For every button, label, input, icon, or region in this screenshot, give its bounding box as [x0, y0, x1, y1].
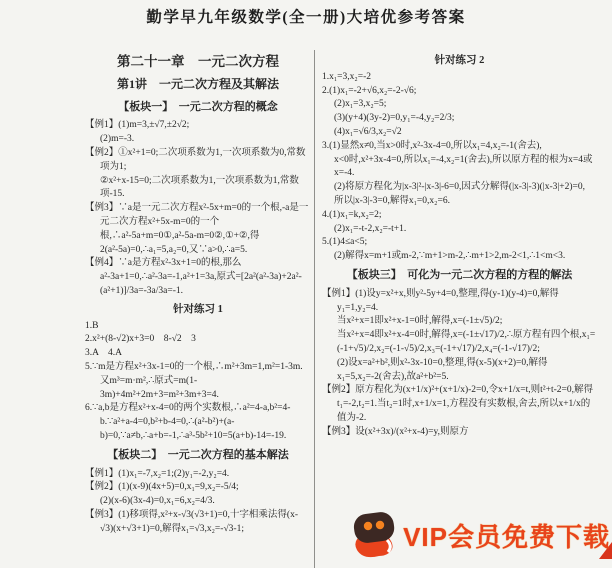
left-column: 第二十一章 一元二次方程 第1讲 一元二次方程及其解法 【板块一】 一元二次方程…: [85, 50, 311, 568]
answer-line: ②x²+x-15=0;二次项系数为1,一次项系数为1,常数项-15.: [85, 175, 311, 203]
mascot-icon: [349, 510, 401, 566]
answer-line: (3)(y+4)(3y-2)=0,y₁=-4,y₂=2/3;: [334, 112, 597, 126]
block2-heading: 【板块二】 一元二次方程的基本解法: [85, 449, 311, 463]
answer-line: (4)x₁=√6/3,x₂=√2: [334, 126, 597, 140]
answer-line: 【例2】①x²+1=0;二次项系数为1,一次项系数为0,常数项为1;: [85, 147, 311, 175]
answer-line: (2)m=-3.: [85, 133, 311, 147]
answer-line: x<0时,x²+3x-4=0,所以x₁=-4,x₂=1(舍去),所以原方程的根为…: [322, 154, 597, 182]
block1-heading: 【板块一】 一元二次方程的概念: [85, 101, 311, 115]
vip-download-badge[interactable]: VIP会员免费下载: [349, 510, 610, 566]
answer-line: 6.∵a,b是方程x²+x-4=0的两个实数根,∴a²=4-a,b²=4-b.∵…: [85, 402, 311, 443]
answer-line: (2)设x=a²+b²,则x²-3x-10=0,整理,得(x-5)(x+2)=0…: [322, 357, 597, 385]
answer-line: 1.x₁=3,x₂=-2: [322, 71, 597, 85]
practice1-heading: 针对练习 1: [85, 303, 311, 317]
answer-line: 2.(1)x₁=-2+√6,x₂=-2-√6;: [322, 85, 597, 99]
answer-line: 【例3】∵a是一元二次方程x²-5x+m=0的一个根,-a是一元二次方程x²+5…: [85, 202, 311, 257]
answer-line: 5.∵m是方程x²+3x-1=0的一个根,∴m²+3m=1,m²=1-3m.又m…: [85, 361, 311, 402]
two-column-layout: 第二十一章 一元二次方程 第1讲 一元二次方程及其解法 【板块一】 一元二次方程…: [0, 50, 612, 568]
practice2-heading: 针对练习 2: [322, 54, 597, 68]
answer-line: 【例4】∵a是方程x²-3x+1=0的根,那么a²-3a+1=0,∴a²-3a=…: [85, 257, 311, 298]
answer-line: 2.x²+(8-√2)x+3=0 8-√2 3: [85, 333, 311, 347]
lecture-heading: 第1讲 一元二次方程及其解法: [85, 78, 311, 92]
right-column: 针对练习 2 1.x₁=3,x₂=-2 2.(1)x₁=-2+√6,x₂=-2-…: [315, 50, 612, 568]
answer-line: 所以|x-3|-3=0,解得x₁=0,x₂=6.: [322, 195, 597, 209]
chapter-heading: 第二十一章 一元二次方程: [85, 55, 311, 69]
answer-line: (2)解得x=m+1或m-2,∵m+1>m-2,∴m+1>2,m-2<1,∴1<…: [334, 250, 597, 264]
answer-line: 3.(1)显然x≠0,当x>0时,x²-3x-4=0,所以x₁=4,x₂=-1(…: [322, 140, 597, 154]
answer-line: 【例3】(1)移项得,x²+x-√3(√3+1)=0,十字相乘法得(x-√3)(…: [85, 509, 311, 537]
answer-line: 3.A 4.A: [85, 347, 311, 361]
answer-line: (2)将原方程化为|x-3|²-|x-3|-6=0,因式分解得(|x-3|-3)…: [334, 181, 597, 195]
document-page: 勤学早九年级数学(全一册)大培优参考答案 第二十一章 一元二次方程 第1讲 一元…: [0, 0, 612, 568]
answer-line: 【例1】(1)m=3,±√7,±2√2;: [85, 119, 311, 133]
answer-line: 【例2】原方程化为(x+1/x)²+(x+1/x)-2=0,令x+1/x=t,则…: [322, 384, 597, 425]
answer-line: 4.(1)x₁=k,x₂=2;: [322, 209, 597, 223]
answer-line: (2)x₁=3,x₂=5;: [334, 98, 597, 112]
answer-line: 【例1】(1)x₁=-7,x₂=1;(2)y₁=-2,y₂=4.: [85, 468, 311, 482]
page-title: 勤学早九年级数学(全一册)大培优参考答案: [0, 11, 612, 25]
block3-heading: 【板块三】 可化为一元二次方程的方程的解法: [322, 269, 597, 283]
answer-line: 5.(1)4≤a<5;: [322, 236, 597, 250]
answer-line: 【例1】(1)设y=x²+x,则y²-5y+4=0,整理,得(y-1)(y-4)…: [322, 288, 597, 316]
answer-line: 当x²+x=4即x²+x-4=0时,解得,x=(-1±√17)/2,∴原方程有四…: [322, 329, 597, 357]
vip-badge-label: VIP会员免费下载: [403, 531, 610, 545]
answer-line: 当x²+x=1即x²+x-1=0时,解得,x=(-1±√5)/2;: [322, 315, 597, 329]
answer-line: 1.B: [85, 320, 311, 334]
answer-line: (2)(x-6)(3x-4)=0,x₁=6,x₂=4/3.: [85, 495, 311, 509]
answer-line: 【例3】设(x²+3x)/(x²+x-4)=y,则原方: [322, 426, 597, 440]
answer-line: 【例2】(1)(x-9)(4x+5)=0,x₁=9,x₂=-5/4;: [85, 481, 311, 495]
answer-line: (2)x₁=-t-2,x₂=-t+1.: [334, 223, 597, 237]
